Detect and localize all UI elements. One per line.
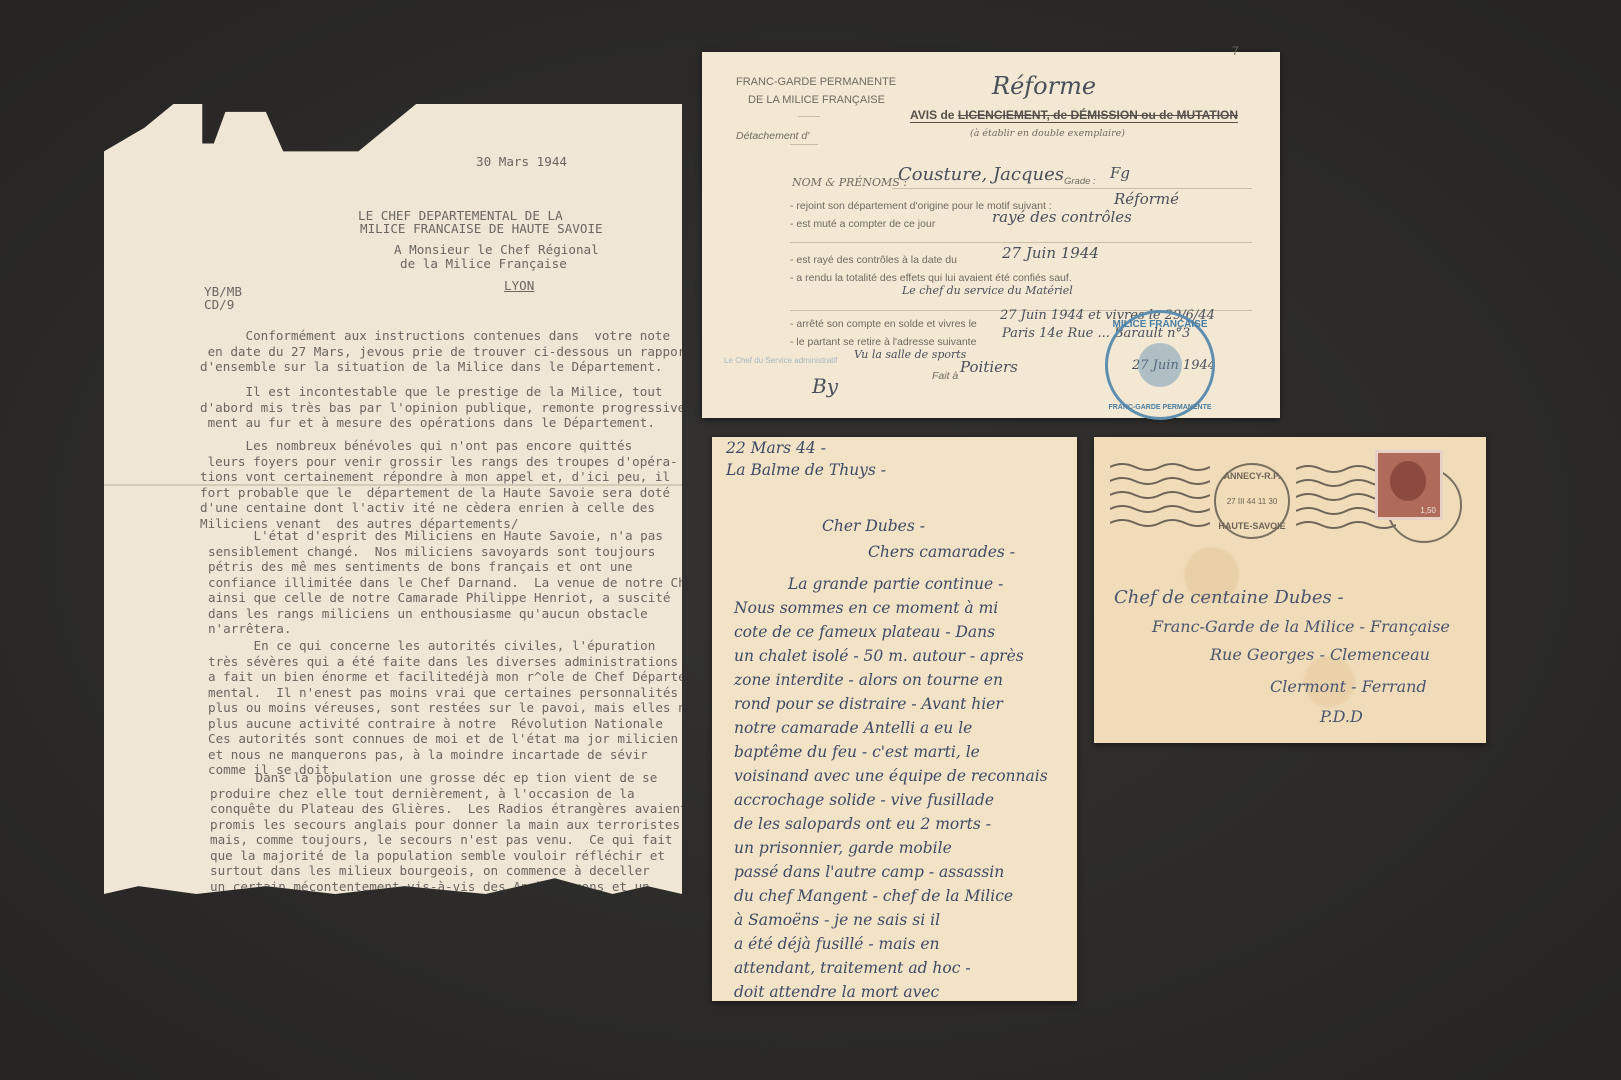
letter-line: Chers camarades -	[868, 543, 1015, 561]
address-line: Chef de centaine Dubes -	[1114, 587, 1344, 608]
avis-subtitle: (à établir en double exemplaire)	[970, 128, 1125, 139]
handwritten-letter: 22 Mars 44 - La Balme de Thuys - Cher Du…	[712, 437, 1077, 1001]
letter-line: doit attendre la mort avec	[734, 983, 939, 1001]
letter-line: un prisonnier, garde mobile	[734, 839, 952, 857]
avis-struck-options: LICENCIEMENT, de DÉMISSION ou de MUTATIO…	[958, 108, 1238, 122]
recipient-line-2: de la Milice Française	[400, 256, 567, 272]
paragraph-3: Les nombreux bénévoles qui n'ont pas enc…	[200, 438, 678, 531]
address-line: Franc-Garde de la Milice - Française	[1152, 617, 1450, 636]
milice-seal-stamp: MILICE FRANÇAISE FRANC-GARDE PERMANENTE	[1105, 310, 1215, 420]
letter-line: 22 Mars 44 -	[726, 439, 826, 457]
row-3-value: 27 Juin 1944	[1002, 244, 1099, 262]
initials: By	[812, 374, 838, 398]
postmark: ANNECY-R.P. 27 III 44 11 30 HAUTE-SAVOIE	[1214, 463, 1290, 539]
letter-line: du chef Mangent - chef de la Milice	[734, 887, 1013, 905]
fait-label: Fait à	[932, 370, 958, 382]
letter-line: passé dans l'autre camp - assassin	[734, 863, 1004, 881]
wavy-cancellation-icon	[1110, 459, 1210, 529]
letter-line: un chalet isolé - 50 m. autour - après	[734, 647, 1024, 665]
row-7-label: - le partant se retire à l'adresse suiva…	[790, 336, 976, 348]
letter-line: Nous sommes en ce moment à mi	[734, 599, 998, 617]
paragraph-2: Il est incontestable que le prestige de …	[200, 384, 693, 431]
address-line: Clermont - Ferrand	[1270, 677, 1427, 696]
org-line-2: DE LA MILICE FRANÇAISE	[748, 94, 885, 106]
letter-line: a été déjà fusillé - mais en	[734, 935, 939, 953]
row-3-label: - est rayé des contrôles à la date du	[790, 254, 957, 266]
paragraph-4: L'état d'esprit des Miliciens en Haute S…	[208, 528, 701, 637]
paragraph-1: Conformément aux instructions contenues …	[200, 328, 693, 375]
letter-line: voisinand avec une équipe de reconnais	[734, 767, 1048, 785]
row-1-value: Réformé	[1114, 190, 1179, 208]
letter-line: rond pour se distraire - Avant hier	[734, 695, 1003, 713]
letter-line: à Samoëns - je ne sais si il	[734, 911, 940, 929]
letter-line: baptême du feu - c'est marti, le	[734, 743, 980, 761]
letter-line: Cher Dubes -	[822, 517, 925, 535]
detachment-label: Détachement d'	[736, 130, 809, 142]
letter-line: La grande partie continue -	[788, 575, 1003, 593]
letter-line: attendant, traitement ad hoc -	[734, 959, 971, 977]
address-line: Rue Georges - Clemenceau	[1210, 645, 1430, 664]
row-6-label: - arrêté son compte en solde et vivres l…	[790, 318, 977, 330]
grade-value: Fg	[1110, 164, 1130, 182]
typed-letter: 30 Mars 1944 LE CHEF DEPARTEMENTAL DE LA…	[104, 104, 682, 894]
admin-label: Le Chef du Service administratif	[724, 356, 837, 365]
letter-line: La Balme de Thuys -	[726, 461, 886, 479]
handwritten-title: Réforme	[992, 72, 1096, 100]
reference-2: CD/9	[204, 297, 234, 313]
portrait-icon	[1390, 461, 1426, 501]
letter-date: 30 Mars 1944	[476, 154, 567, 170]
letter-line: notre camarade Antelli a eu le	[734, 719, 972, 737]
row-5-value: Le chef du service du Matériel	[902, 284, 1073, 297]
fait-place: Poitiers	[960, 358, 1018, 376]
sender-line-2: MILICE FRANCAISE DE HAUTE SAVOIE	[360, 221, 603, 237]
recipient-city: LYON	[504, 278, 534, 294]
name-label: NOM & PRÉNOMS :	[792, 176, 907, 189]
grade-label: Grade :	[1064, 176, 1096, 187]
avis-prefix: AVIS de	[910, 108, 954, 122]
letter-line: cote de ce fameux plateau - Dans	[734, 623, 995, 641]
row-4-label: - a rendu la totalité des effets qui lui…	[790, 272, 1072, 284]
paragraph-5: En ce qui concerne les autorités civiles…	[208, 638, 708, 778]
corner-mark: 7	[1232, 44, 1239, 58]
letter-line: zone interdite - alors on tourne en	[734, 671, 1003, 689]
letter-line: de les salopards ont eu 2 morts -	[734, 815, 991, 833]
address-line: P.D.D	[1320, 707, 1363, 726]
postage-stamp: 1,50	[1375, 450, 1443, 520]
org-line-1: FRANC-GARDE PERMANENTE	[736, 76, 896, 88]
vu-note: Vu la salle de sports	[854, 348, 966, 361]
row-2-value: rayé des contrôles	[992, 208, 1132, 226]
letter-line: accrochage solide - vive fusillade	[734, 791, 994, 809]
name-value: Cousture, Jacques	[898, 164, 1064, 185]
row-2-label: - est muté a compter de ce jour	[790, 218, 935, 230]
